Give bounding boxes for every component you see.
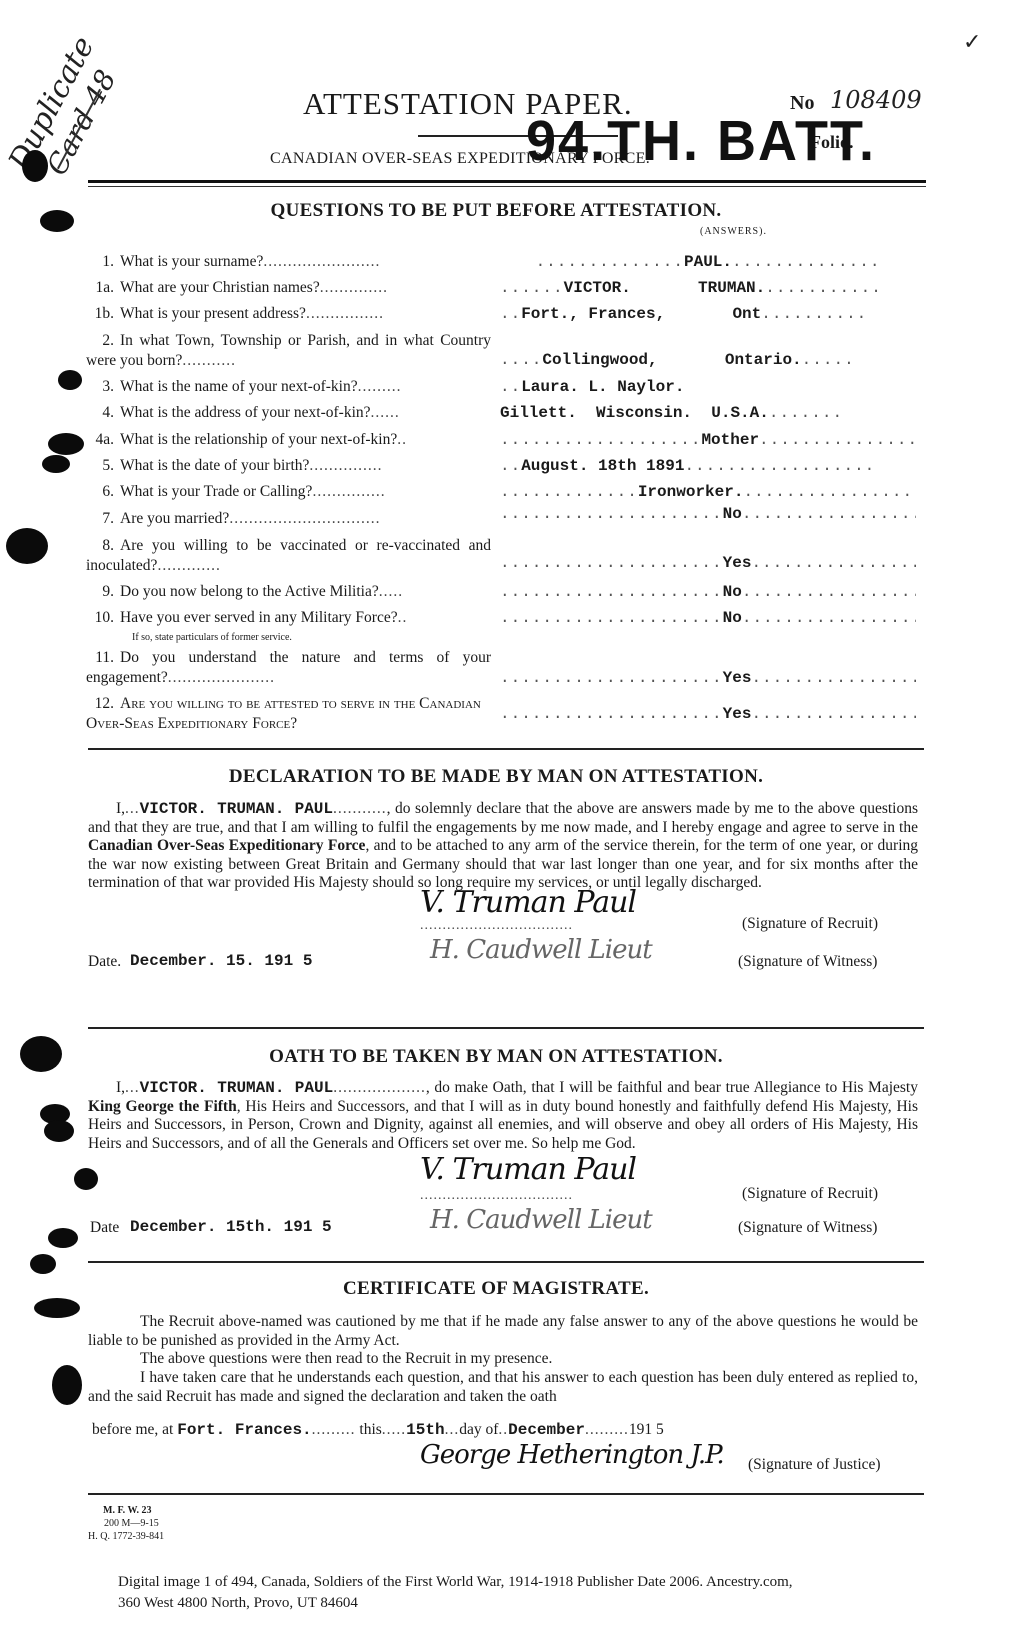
question-text: What is your Trade or Calling? — [120, 483, 312, 500]
answer-text: VICTOR. TRUMAN. — [564, 279, 766, 297]
form-code-3: H. Q. 1772-39-841 — [88, 1531, 164, 1542]
question-text: Are you married? — [120, 510, 229, 527]
ink-blot — [34, 1298, 80, 1318]
answer-text: August. 18th 1891 — [521, 457, 684, 475]
ink-blot — [58, 370, 82, 390]
answer-1a: ......VICTOR. TRUMAN............ — [500, 278, 916, 298]
declaration-date-label: Date. — [88, 953, 121, 971]
leader-dots: ..... — [379, 583, 403, 600]
ink-blot — [6, 528, 48, 564]
answer-text: Mother — [701, 431, 759, 449]
answer-5: ..August. 18th 1891.................. — [500, 456, 916, 476]
recruit-signature-label: (Signature of Recruit) — [742, 915, 878, 933]
question-1: 1.What is your surname?.................… — [86, 252, 491, 272]
answer-text: Collingwood, Ontario. — [542, 351, 801, 369]
question-10: 10.Have you ever served in any Military … — [86, 608, 491, 628]
ink-blot — [52, 1365, 82, 1405]
answer-4a: ...................Mother...............… — [500, 430, 916, 450]
signature-dots: .................................. — [420, 1188, 573, 1204]
magistrate-heading: CERTIFICATE OF MAGISTRATE. — [0, 1278, 1002, 1300]
leader-dots: .............. — [320, 279, 388, 296]
answer-6: .............Ironworker.................… — [500, 482, 916, 502]
section-divider — [88, 1261, 924, 1263]
leader-dots: ........... — [182, 352, 236, 369]
question-number: 2. — [86, 331, 114, 351]
question-text: Are you willing to be attested to serve … — [86, 695, 481, 732]
answer-3: ..Laura. L. Naylor. — [500, 377, 916, 397]
this-label: this — [359, 1421, 381, 1438]
answer-text: Yes — [723, 705, 752, 723]
declaration-bold-1: Canadian Over-Seas Expeditionary Force — [88, 837, 365, 854]
answer-9: .....................No.................… — [500, 582, 916, 602]
oath-prefix: I, — [116, 1079, 125, 1096]
leader-dots: ........................ — [263, 253, 380, 270]
question-text: What is your present address? — [120, 305, 306, 322]
ink-blot — [48, 433, 84, 455]
form-code-1: M. F. W. 23 — [103, 1505, 152, 1516]
answer-text: No — [723, 583, 742, 601]
answers-label: (ANSWERS). — [700, 226, 767, 237]
answer-1b: ..Fort., Frances, Ont.......... — [500, 304, 916, 324]
leader-dots: ............... — [312, 483, 385, 500]
recruit-name: VICTOR. TRUMAN. PAUL — [140, 800, 333, 818]
year-value: 191 5 — [629, 1421, 664, 1438]
citation-line-2: 360 West 4800 North, Provo, UT 84604 — [118, 1594, 358, 1613]
witness-signature-label: (Signature of Witness) — [738, 953, 877, 971]
day-value: 15th — [406, 1421, 444, 1439]
signature-dots: .................................. — [420, 918, 573, 934]
questions-heading: QUESTIONS TO BE PUT BEFORE ATTESTATION. — [0, 200, 1002, 222]
question-3: 3.What is the name of your next-of-kin?.… — [86, 377, 491, 397]
question-number: 12. — [86, 694, 114, 714]
ink-blot — [20, 1036, 62, 1072]
declaration-heading: DECLARATION TO BE MADE BY MAN ON ATTESTA… — [0, 766, 1002, 788]
leader-dots: .. — [397, 431, 407, 448]
answer-1: ..............PAUL............... — [500, 252, 916, 272]
leader-dots: ............... — [309, 457, 382, 474]
battalion-stamp: 94.TH. BATT. — [526, 108, 876, 173]
citation-line-1: Digital image 1 of 494, Canada, Soldiers… — [118, 1573, 793, 1592]
oath-date-label: Date — [90, 1219, 119, 1237]
question-number: 10. — [86, 608, 114, 628]
answer-text: Fort., Frances, Ont — [521, 305, 761, 323]
justice-signature: George Hetherington J.P. — [420, 1440, 724, 1470]
question-number: 3. — [86, 377, 114, 397]
oath-witness-signature: H. Caudwell Lieut — [430, 1205, 652, 1235]
question-6: 6.What is your Trade or Calling?........… — [86, 482, 491, 502]
answer-text: No — [723, 505, 742, 523]
declaration-witness-signature: H. Caudwell Lieut — [430, 935, 652, 965]
question-number: 4a. — [86, 430, 114, 450]
oath-recruit-signature: V. Truman Paul — [420, 1152, 636, 1187]
question-10-note: If so, state particulars of former servi… — [132, 628, 292, 648]
answer-2: ....Collingwood, Ontario...... — [500, 350, 916, 370]
oath-heading: OATH TO BE TAKEN BY MAN ON ATTESTATION. — [0, 1046, 1002, 1068]
answer-text: Ironworker. — [638, 483, 744, 501]
question-5: 5.What is the date of your birth?.......… — [86, 456, 491, 476]
recruit-name: VICTOR. TRUMAN. PAUL — [140, 1079, 334, 1097]
declaration-prefix: I, — [116, 800, 125, 817]
answer-12: .....................Yes................… — [500, 704, 916, 724]
leader-dots: ............................... — [229, 510, 380, 527]
question-2: 2.In what Town, Township or Parish, and … — [86, 331, 491, 371]
answer-4: Gillett. Wisconsin. U.S.A........ — [500, 403, 916, 423]
magistrate-p1: The Recruit above-named was cautioned by… — [88, 1313, 918, 1350]
oath-text: I,...VICTOR. TRUMAN. PAUL...............… — [88, 1079, 918, 1153]
answer-7: .....................No.................… — [500, 504, 916, 524]
question-1a: 1a.What are your Christian names?.......… — [86, 278, 491, 298]
declaration-text: I,...VICTOR. TRUMAN. PAUL..........., do… — [88, 800, 918, 893]
ink-blot — [30, 1254, 56, 1274]
section-divider — [88, 748, 924, 750]
question-text: Do you now belong to the Active Militia? — [120, 583, 379, 600]
month-value: December — [508, 1421, 585, 1439]
oath-text-1: , do make Oath, that I will be faithful … — [426, 1079, 918, 1096]
checkmark-icon: ✓ — [963, 30, 981, 55]
question-number: 1a. — [86, 278, 114, 298]
question-number: 1b. — [86, 304, 114, 324]
magistrate-p2: The above questions were then read to th… — [88, 1350, 918, 1369]
oath-bold-1: King George the Fifth — [88, 1098, 237, 1115]
question-number: 7. — [86, 509, 114, 529]
leader-dots: ...................... — [168, 669, 275, 686]
leader-dots: ...... — [371, 404, 400, 421]
question-9: 9.Do you now belong to the Active Militi… — [86, 582, 491, 602]
question-text: What is the date of your birth? — [120, 457, 309, 474]
answer-text: PAUL. — [684, 253, 732, 271]
magistrate-p3: I have taken care that he understands ea… — [88, 1369, 918, 1406]
answer-text: Yes — [723, 669, 752, 687]
section-divider — [88, 1027, 924, 1029]
question-text: What is the relationship of your next-of… — [120, 431, 397, 448]
header-divider — [88, 180, 926, 183]
question-text: In what Town, Township or Parish, and in… — [86, 332, 491, 369]
answer-text: Gillett. Wisconsin. U.S.A. — [500, 404, 769, 422]
ink-blot — [40, 210, 74, 232]
question-number: 4. — [86, 403, 114, 423]
question-12: 12.Are you willing to be attested to ser… — [86, 694, 491, 734]
question-text: What is the name of your next-of-kin? — [120, 378, 358, 395]
leader-dots: ......... — [358, 378, 402, 395]
question-text: What is the address of your next-of-kin? — [120, 404, 371, 421]
form-code-2: 200 M—9-15 — [104, 1518, 159, 1529]
answer-text: No — [723, 609, 742, 627]
question-1b: 1b.What is your present address?........… — [86, 304, 491, 324]
justice-signature-label: (Signature of Justice) — [748, 1456, 881, 1474]
question-number: 9. — [86, 582, 114, 602]
question-text: Are you willing to be vaccinated or re-v… — [86, 537, 491, 574]
question-number: 8. — [86, 536, 114, 556]
ink-blot — [44, 1120, 74, 1142]
question-8: 8.Are you willing to be vaccinated or re… — [86, 536, 491, 576]
answer-text: Yes — [723, 554, 752, 572]
answer-10: .....................No.................… — [500, 608, 916, 628]
before-label: before me, at — [92, 1421, 173, 1438]
question-number: 11. — [86, 648, 114, 668]
ink-blot — [48, 1228, 78, 1248]
question-text: Do you understand the nature and terms o… — [86, 649, 491, 686]
leader-dots: ............. — [157, 557, 220, 574]
declaration-date: December. 15. 191 5 — [130, 952, 312, 970]
question-text: What is your surname? — [120, 253, 263, 270]
question-number: 5. — [86, 456, 114, 476]
answer-text: Laura. L. Naylor. — [521, 378, 684, 396]
day-of-label: day of — [459, 1421, 498, 1438]
question-7: 7.Are you married?......................… — [86, 509, 491, 529]
witness-signature-label: (Signature of Witness) — [738, 1219, 877, 1237]
ink-blot — [74, 1168, 98, 1190]
magistrate-location-line: before me, at Fort. Frances.......... th… — [92, 1421, 664, 1439]
leader-dots: ................ — [306, 305, 384, 322]
answer-8: .....................Yes................… — [500, 553, 916, 573]
header-divider-thin — [88, 186, 926, 187]
question-text: What are your Christian names? — [120, 279, 320, 296]
question-4: 4.What is the address of your next-of-ki… — [86, 403, 491, 423]
leader-dots: .. — [398, 609, 408, 626]
question-4a: 4a.What is the relationship of your next… — [86, 430, 491, 450]
oath-date: December. 15th. 191 5 — [130, 1218, 332, 1236]
question-number: 6. — [86, 482, 114, 502]
ink-blot — [42, 455, 70, 473]
section-divider — [88, 1493, 924, 1495]
question-11: 11.Do you understand the nature and term… — [86, 648, 491, 688]
question-number: 1. — [86, 252, 114, 272]
place-value: Fort. Frances. — [177, 1421, 311, 1439]
ink-blot — [22, 150, 48, 182]
recruit-signature-label: (Signature of Recruit) — [742, 1185, 878, 1203]
declaration-recruit-signature: V. Truman Paul — [420, 885, 636, 920]
answer-11: .....................Yes................… — [500, 668, 916, 688]
question-text: Have you ever served in any Military For… — [120, 609, 398, 626]
